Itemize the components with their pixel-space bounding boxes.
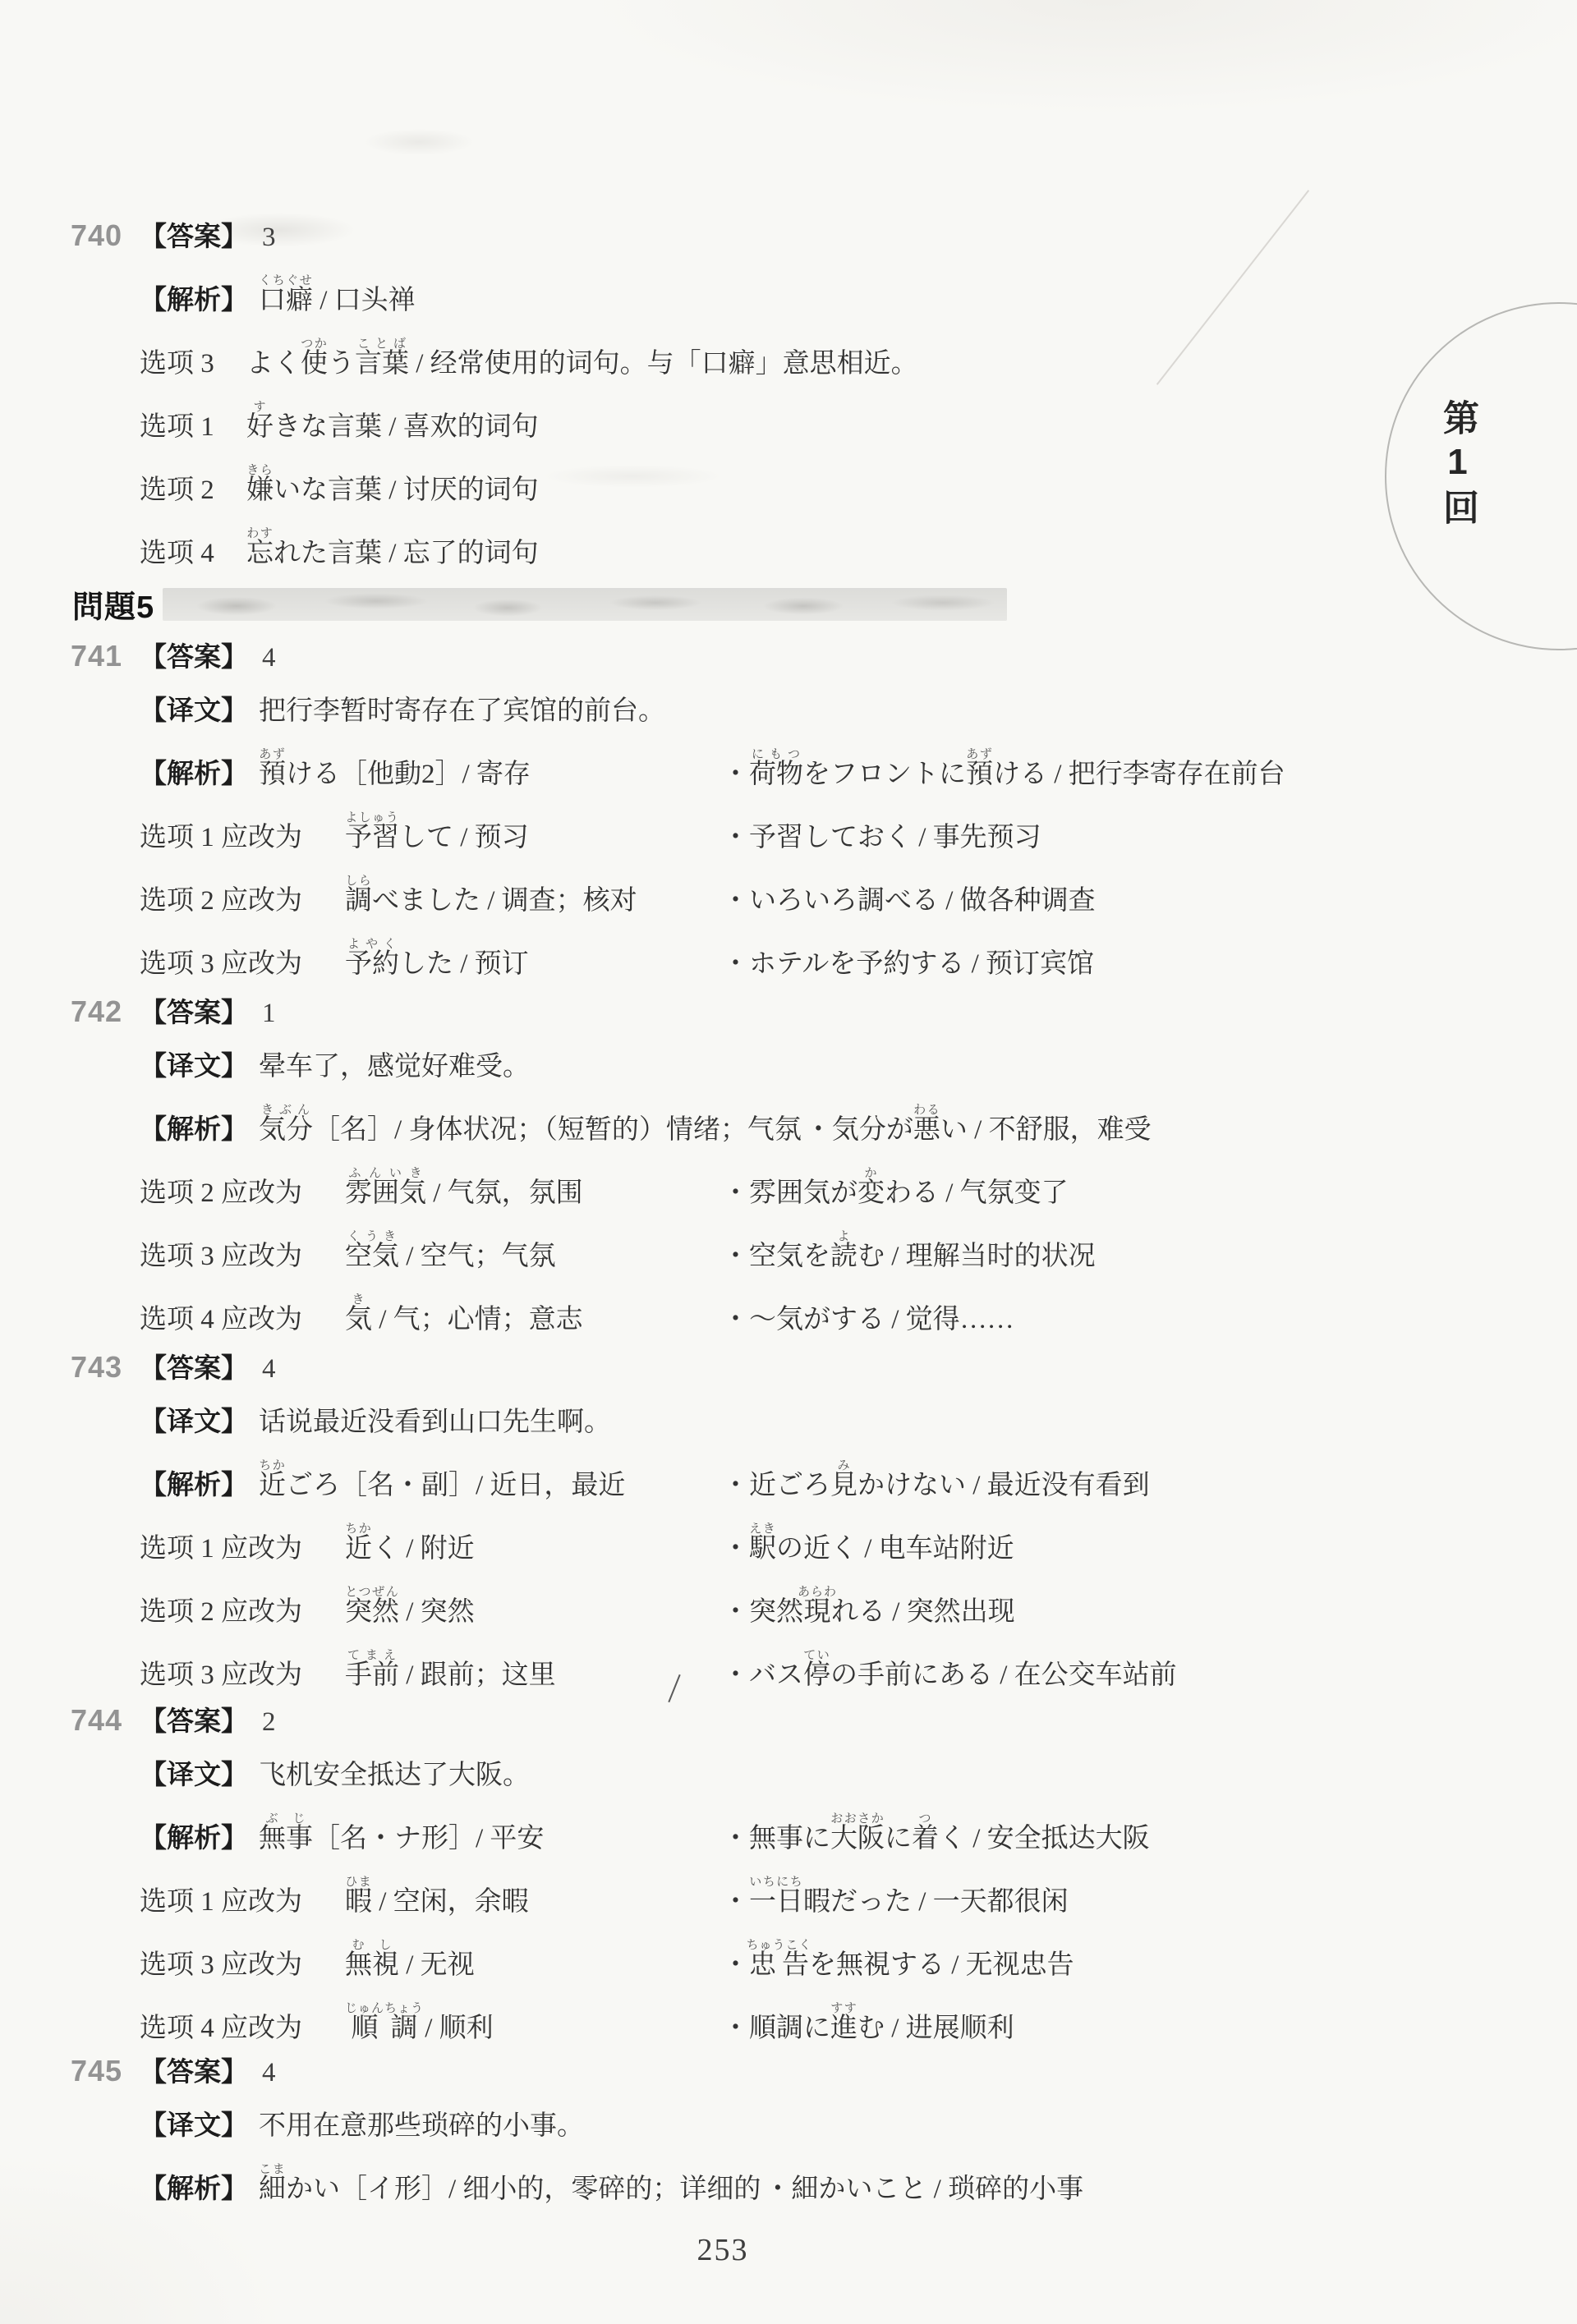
option-word: 気き / 气；心情；意志	[345, 1293, 719, 1335]
answer-value: 4	[259, 2057, 276, 2088]
option-example: ・バス停ていの手前にある / 在公交车站前	[719, 1649, 1177, 1691]
answer-label: 【答案】	[140, 641, 259, 673]
translation-row: 【译文】话说最近没看到山口先生啊。	[140, 1406, 1516, 1438]
analysis-label: 【解析】	[140, 2173, 259, 2204]
option-word: 暇ひま / 空闲，余暇	[345, 1876, 719, 1918]
option-word: 好すきな言葉 / 喜欢的词句	[246, 401, 539, 443]
option-row: 选项 2嫌きらいな言葉 / 讨厌的词句	[140, 464, 1516, 506]
option-row: 选项 1 应改为暇ひま / 空闲，余暇・一日いちにち暇だった / 一天都很闲	[140, 1876, 1516, 1918]
option-word: 予約よやくした / 预订	[345, 938, 719, 980]
option-row: 选项 1 应改为予習よしゅうして / 预习・予習しておく / 事先预习	[140, 811, 1516, 853]
analysis-row: 【解析】無事ぶじ［名・ナ形］/ 平安・無事に大阪おおさかに着つく / 安全抵达大…	[140, 1812, 1516, 1854]
option-row: 选项 3よく使つかう言葉ことば / 经常使用的词句。与「口癖」意思相近。	[140, 338, 1516, 379]
option-word: 忘わすれた言葉 / 忘了的词句	[246, 527, 539, 569]
answer-item-741: 741【答案】4【译文】把行李暂时寄存在了宾馆的前台。【解析】預あずける［他動2…	[71, 641, 1516, 1001]
problem-header: 問題5	[72, 581, 1025, 627]
answer-value: 4	[259, 642, 276, 673]
option-word: 近ちかく / 附近	[345, 1523, 719, 1564]
analysis-row: 【解析】口癖くちぐせ / 口头禅	[140, 274, 1516, 316]
answer-row: 741【答案】4	[71, 641, 1516, 673]
analysis-word: 近ちかごろ［名・副］/ 近日，最近	[259, 1459, 719, 1501]
option-row: 选项 3 应改为無視むし / 无视・忠告ちゅうこくを無視する / 无视忠告	[140, 1939, 1516, 1981]
option-word: 予習よしゅうして / 预习	[345, 811, 719, 853]
option-example: ・突然現あらわれる / 突然出现	[719, 1586, 1015, 1628]
translation-row: 【译文】飞机安全抵达了大阪。	[140, 1759, 1516, 1791]
item-number: 744	[71, 1705, 140, 1736]
option-label: 选项 3	[140, 348, 246, 379]
analysis-row: 【解析】近ちかごろ［名・副］/ 近日，最近・近ごろ見みかけない / 最近没有看到	[140, 1459, 1516, 1501]
analysis-word: 口癖くちぐせ / 口头禅	[259, 274, 719, 316]
option-example: ・～気がする / 觉得……	[719, 1304, 1014, 1335]
option-word: 雰囲気ふんいき / 气氛，氛围	[345, 1167, 719, 1209]
option-row: 选项 3 应改为空気くうき / 空气；气氛・空気を読よむ / 理解当时的状况	[140, 1230, 1516, 1272]
option-example: ・予習しておく / 事先预习	[719, 822, 1041, 853]
answer-item-740: 740【答案】3【解析】口癖くちぐせ / 口头禅选项 3よく使つかう言葉ことば …	[71, 220, 1516, 590]
analysis-row: 【解析】預あずける［他動2］/ 寄存・荷物にもつをフロントに預あずける / 把行…	[140, 748, 1516, 790]
analysis-word: 無事ぶじ［名・ナ形］/ 平安	[259, 1812, 719, 1854]
translation-text: 不用在意那些琐碎的小事。	[259, 2110, 584, 2142]
item-number: 740	[71, 220, 140, 251]
analysis-word: 細こまかい［イ形］/ 细小的，零碎的；详细的	[259, 2163, 761, 2205]
translation-row: 【译文】晕车了，感觉好难受。	[140, 1050, 1516, 1082]
option-word: よく使つかう言葉ことば / 经常使用的词句。与「口癖」意思相近。	[246, 338, 918, 379]
option-label: 选项 1 应改为	[140, 1533, 345, 1564]
item-number: 742	[71, 996, 140, 1027]
analysis-row: 【解析】細こまかい［イ形］/ 细小的，零碎的；详细的・細かいこと / 琐碎的小事	[140, 2163, 1516, 2205]
option-label: 选项 4 应改为	[140, 1304, 345, 1335]
problem-header-title: 問題5	[72, 581, 154, 627]
option-label: 选项 4 应改为	[140, 2013, 345, 2044]
translation-label: 【译文】	[140, 1406, 259, 1437]
analysis-row: 【解析】気分きぶん［名］/ 身体状况；（短暂的）情绪；气氛・気分が悪わるい / …	[140, 1104, 1516, 1146]
option-row: 选项 1 应改为近ちかく / 附近・駅えきの近く / 电车站附近	[140, 1523, 1516, 1564]
answer-item-742: 742【答案】1【译文】晕车了，感觉好难受。【解析】気分きぶん［名］/ 身体状况…	[71, 996, 1516, 1357]
option-row: 选项 3 应改为予約よやくした / 预订・ホテルを予約する / 预订宾馆	[140, 938, 1516, 980]
option-label: 选项 3 应改为	[140, 1660, 345, 1691]
translation-label: 【译文】	[140, 2110, 259, 2141]
option-example: ・順調に進すすむ / 进展顺利	[719, 2002, 1014, 2044]
item-number: 743	[71, 1352, 140, 1383]
content-sections: 740【答案】3【解析】口癖くちぐせ / 口头禅选项 3よく使つかう言葉ことば …	[0, 0, 1577, 2324]
answer-item-744: 744【答案】2【译文】飞机安全抵达了大阪。【解析】無事ぶじ［名・ナ形］/ 平安…	[71, 1705, 1516, 2065]
option-row: 选项 4 应改为順調じゅんちょう / 顺利・順調に進すすむ / 进展顺利	[140, 2002, 1516, 2044]
option-word: 順調じゅんちょう / 顺利	[345, 2002, 719, 2044]
option-example: ・一日いちにち暇だった / 一天都很闲	[719, 1876, 1069, 1918]
translation-text: 把行李暂时寄存在了宾馆的前台。	[259, 696, 665, 727]
option-label: 选项 3 应改为	[140, 948, 345, 980]
answer-value: 3	[259, 222, 276, 253]
answer-row: 742【答案】1	[71, 996, 1516, 1029]
option-example: ・ホテルを予約する / 预订宾馆	[719, 948, 1094, 980]
translation-text: 话说最近没看到山口先生啊。	[259, 1407, 611, 1438]
option-example: ・空気を読よむ / 理解当时的状况	[719, 1230, 1096, 1272]
option-example: ・雰囲気が変かわる / 气氛变了	[719, 1167, 1069, 1209]
analysis-example: ・近ごろ見みかけない / 最近没有看到	[719, 1459, 1150, 1501]
option-row: 选项 2 应改为調しらべました / 调查；核对・いろいろ調べる / 做各种调查	[140, 875, 1516, 916]
analysis-label: 【解析】	[140, 1469, 259, 1500]
translation-label: 【译文】	[140, 695, 259, 726]
option-label: 选项 4	[140, 538, 246, 569]
analysis-label: 【解析】	[140, 1114, 259, 1145]
translation-label: 【译文】	[140, 1759, 259, 1790]
answer-row: 743【答案】4	[71, 1352, 1516, 1385]
translation-text: 飞机安全抵达了大阪。	[259, 1760, 530, 1791]
option-word: 空気くうき / 空气；气氛	[345, 1230, 719, 1272]
option-label: 选项 3 应改为	[140, 1950, 345, 1981]
option-label: 选项 2 应改为	[140, 1596, 345, 1628]
page-number: 253	[0, 2232, 1446, 2268]
answer-value: 2	[259, 1706, 276, 1738]
option-label: 选项 2	[140, 475, 246, 506]
answer-row: 740【答案】3	[71, 220, 1516, 253]
option-word: 調しらべました / 调查；核对	[345, 875, 719, 916]
option-example: ・駅えきの近く / 电车站附近	[719, 1523, 1014, 1564]
analysis-label: 【解析】	[140, 284, 259, 315]
answer-label: 【答案】	[140, 1706, 259, 1737]
answer-label: 【答案】	[140, 221, 259, 252]
translation-row: 【译文】不用在意那些琐碎的小事。	[140, 2110, 1516, 2142]
option-label: 选项 1	[140, 411, 246, 443]
answer-value: 4	[259, 1353, 276, 1385]
option-row: 选项 1好すきな言葉 / 喜欢的词句	[140, 401, 1516, 443]
option-row: 选项 4忘わすれた言葉 / 忘了的词句	[140, 527, 1516, 569]
option-row: 选项 3 应改为手前てまえ / 跟前；这里・バス停ていの手前にある / 在公交车…	[140, 1649, 1516, 1691]
analysis-example: ・荷物にもつをフロントに預あずける / 把行李寄存在前台	[719, 748, 1285, 790]
answer-label: 【答案】	[140, 1353, 259, 1384]
option-row: 选项 4 应改为気き / 气；心情；意志・～気がする / 觉得……	[140, 1293, 1516, 1335]
option-label: 选项 2 应改为	[140, 885, 345, 916]
analysis-label: 【解析】	[140, 1822, 259, 1853]
analysis-example: ・無事に大阪おおさかに着つく / 安全抵达大阪	[719, 1812, 1150, 1854]
item-number: 745	[71, 2055, 140, 2087]
analysis-example: ・細かいこと / 琐碎的小事	[761, 2174, 1083, 2205]
option-example: ・いろいろ調べる / 做各种调查	[719, 885, 1096, 916]
analysis-label: 【解析】	[140, 758, 259, 789]
option-word: 突然とつぜん / 突然	[345, 1586, 719, 1628]
answer-item-743: 743【答案】4【译文】话说最近没看到山口先生啊。【解析】近ちかごろ［名・副］/…	[71, 1352, 1516, 1712]
translation-text: 晕车了，感觉好难受。	[259, 1051, 530, 1082]
option-label: 选项 1 应改为	[140, 822, 345, 853]
translation-label: 【译文】	[140, 1050, 259, 1082]
option-word: 手前てまえ / 跟前；这里	[345, 1649, 719, 1691]
option-label: 选项 1 应改为	[140, 1886, 345, 1918]
option-row: 选项 2 应改为雰囲気ふんいき / 气氛，氛围・雰囲気が変かわる / 气氛变了	[140, 1167, 1516, 1209]
option-label: 选项 3 应改为	[140, 1241, 345, 1272]
option-example: ・忠告ちゅうこくを無視する / 无视忠告	[719, 1939, 1074, 1981]
problem-header-bar	[163, 588, 1007, 621]
analysis-word: 預あずける［他動2］/ 寄存	[259, 748, 719, 790]
option-word: 無視むし / 无视	[345, 1939, 719, 1981]
answer-label: 【答案】	[140, 2056, 259, 2087]
option-row: 选项 2 应改为突然とつぜん / 突然・突然現あらわれる / 突然出现	[140, 1586, 1516, 1628]
translation-row: 【译文】把行李暂时寄存在了宾馆的前台。	[140, 695, 1516, 727]
item-number: 741	[71, 641, 140, 672]
answer-label: 【答案】	[140, 997, 259, 1028]
answer-value: 1	[259, 998, 276, 1029]
analysis-example: ・気分が悪わるい / 不舒服，难受	[802, 1104, 1152, 1146]
analysis-word: 気分きぶん［名］/ 身体状况；（短暂的）情绪；气氛	[259, 1104, 802, 1146]
option-label: 选项 2 应改为	[140, 1178, 345, 1209]
answer-item-745: 745【答案】4【译文】不用在意那些琐碎的小事。【解析】細こまかい［イ形］/ 细…	[71, 2055, 1516, 2226]
answer-row: 744【答案】2	[71, 1705, 1516, 1738]
answer-row: 745【答案】4	[71, 2055, 1516, 2088]
option-word: 嫌きらいな言葉 / 讨厌的词句	[246, 464, 539, 506]
